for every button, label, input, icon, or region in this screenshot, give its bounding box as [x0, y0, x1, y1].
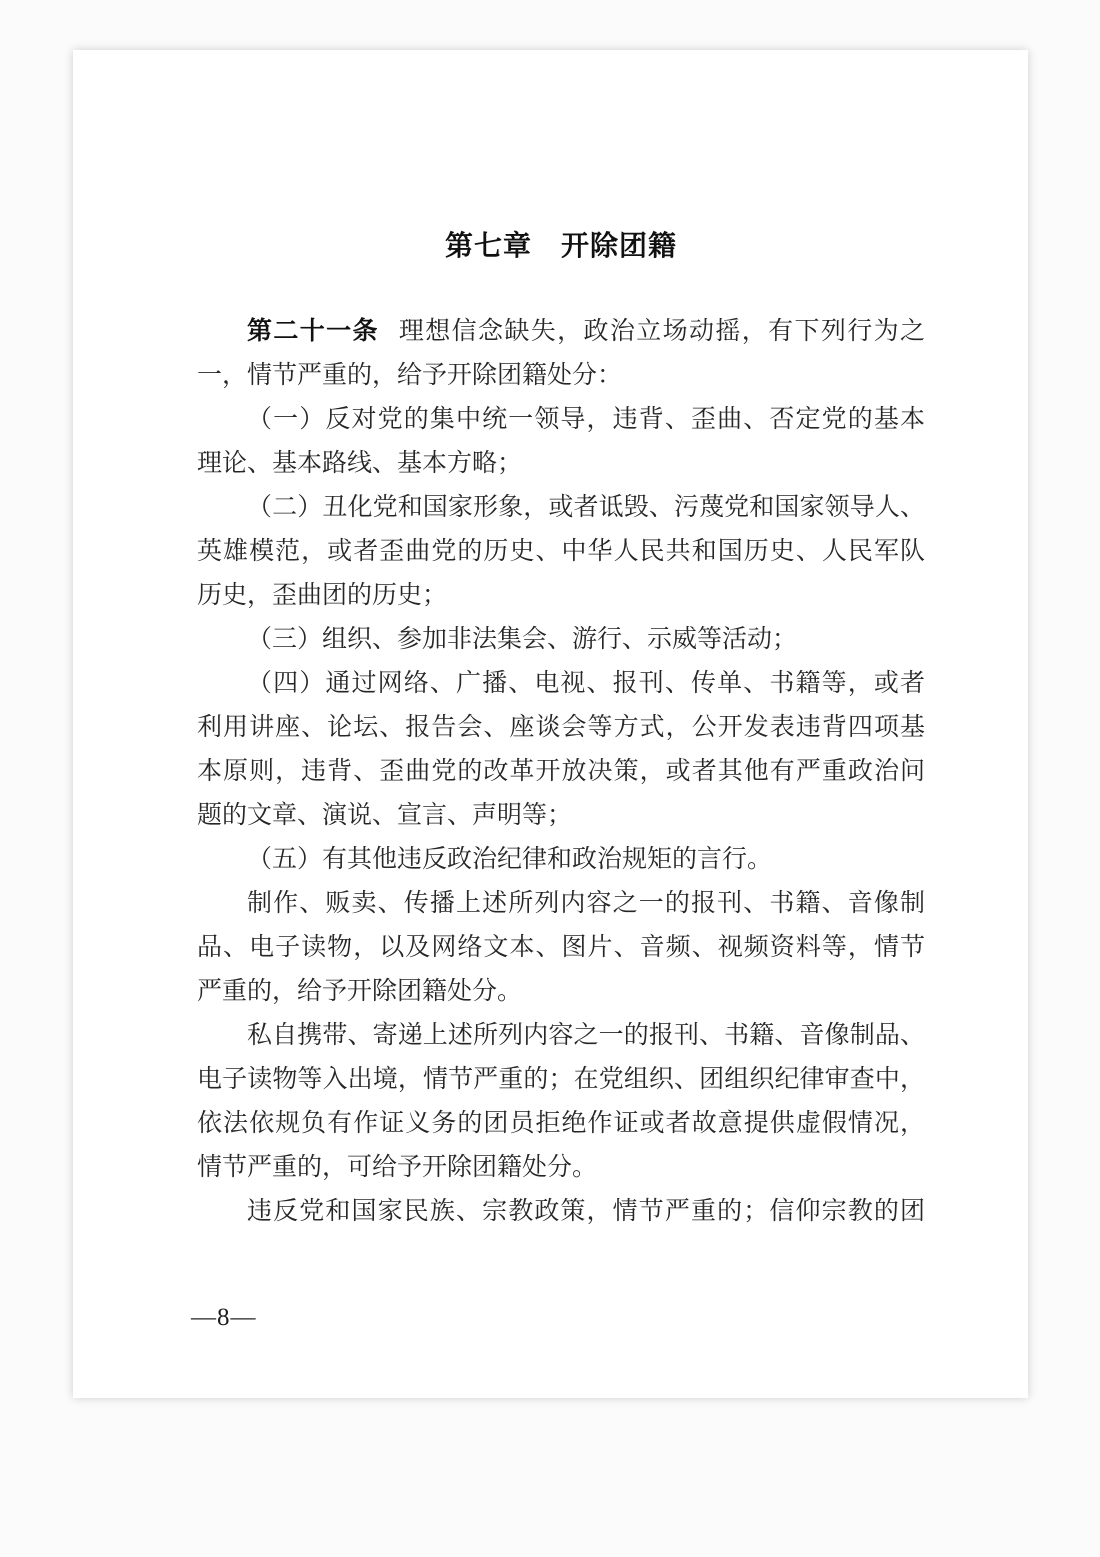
- text-line: （四）通过网络、广播、电视、报刊、传单、书籍等，或者: [197, 662, 925, 706]
- text-line: （三）组织、参加非法集会、游行、示威等活动；: [197, 618, 925, 662]
- line-text: （三）组织、参加非法集会、游行、示威等活动；: [247, 626, 797, 653]
- text-line: 第二十一条理想信念缺失，政治立场动摇，有下列行为之: [197, 310, 925, 354]
- line-text: 品、电子读物，以及网络文本、图片、音频、视频资料等，情节: [197, 934, 925, 961]
- article-text-block: 第二十一条理想信念缺失，政治立场动摇，有下列行为之一，情节严重的，给予开除团籍处…: [197, 310, 925, 1234]
- line-text: 题的文章、演说、宣言、声明等；: [197, 802, 572, 829]
- text-line: 制作、贩卖、传播上述所列内容之一的报刊、书籍、音像制: [197, 882, 925, 926]
- text-line: 情节严重的，可给予开除团籍处分。: [197, 1146, 925, 1190]
- article-number-label: 第二十一条: [247, 318, 379, 345]
- line-text: 历史，歪曲团的历史；: [197, 582, 447, 609]
- line-text: 情节严重的，可给予开除团籍处分。: [197, 1154, 597, 1181]
- line-text: 私自携带、寄递上述所列内容之一的报刊、书籍、音像制品、: [247, 1022, 925, 1049]
- line-text: 违反党和国家民族、宗教政策，情节严重的；信仰宗教的团: [247, 1198, 925, 1225]
- text-line: （二）丑化党和国家形象，或者诋毁、污蔑党和国家领导人、: [197, 486, 925, 530]
- text-line: 违反党和国家民族、宗教政策，情节严重的；信仰宗教的团: [197, 1190, 925, 1234]
- line-text: 英雄模范，或者歪曲党的历史、中华人民共和国历史、人民军队: [197, 538, 925, 565]
- text-line: 题的文章、演说、宣言、声明等；: [197, 794, 925, 838]
- text-line: 电子读物等入出境，情节严重的；在党组织、团组织纪律审查中，: [197, 1058, 925, 1102]
- text-line: （五）有其他违反政治纪律和政治规矩的言行。: [197, 838, 925, 882]
- text-line: 理论、基本路线、基本方略；: [197, 442, 925, 486]
- page-number: —8—: [191, 1304, 257, 1332]
- line-text: 制作、贩卖、传播上述所列内容之一的报刊、书籍、音像制: [247, 890, 925, 917]
- line-text: 电子读物等入出境，情节严重的；在党组织、团组织纪律审查中，: [197, 1066, 925, 1093]
- line-text: 一，情节严重的，给予开除团籍处分：: [197, 362, 622, 389]
- document-page: 第七章 开除团籍 第二十一条理想信念缺失，政治立场动摇，有下列行为之一，情节严重…: [73, 50, 1028, 1398]
- line-text: 理论、基本路线、基本方略；: [197, 450, 522, 477]
- chapter-title: 第七章 开除团籍: [197, 225, 925, 269]
- line-text: 依法依规负有作证义务的团员拒绝作证或者故意提供虚假情况，: [197, 1110, 925, 1137]
- line-text: （一）反对党的集中统一领导，违背、歪曲、否定党的基本: [247, 406, 925, 433]
- text-line: 历史，歪曲团的历史；: [197, 574, 925, 618]
- text-line: （一）反对党的集中统一领导，违背、歪曲、否定党的基本: [197, 398, 925, 442]
- line-text: （四）通过网络、广播、电视、报刊、传单、书籍等，或者: [247, 670, 925, 697]
- text-line: 利用讲座、论坛、报告会、座谈会等方式，公开发表违背四项基: [197, 706, 925, 750]
- page-content: 第七章 开除团籍 第二十一条理想信念缺失，政治立场动摇，有下列行为之一，情节严重…: [197, 50, 925, 1234]
- line-text: （五）有其他违反政治纪律和政治规矩的言行。: [247, 846, 772, 873]
- line-text: （二）丑化党和国家形象，或者诋毁、污蔑党和国家领导人、: [247, 494, 925, 521]
- line-text: 严重的，给予开除团籍处分。: [197, 978, 522, 1005]
- text-line: 英雄模范，或者歪曲党的历史、中华人民共和国历史、人民军队: [197, 530, 925, 574]
- text-line: 严重的，给予开除团籍处分。: [197, 970, 925, 1014]
- line-text: 理想信念缺失，政治立场动摇，有下列行为之: [399, 318, 925, 345]
- line-text: 本原则，违背、歪曲党的改革开放决策，或者其他有严重政治问: [197, 758, 925, 785]
- text-line: 本原则，违背、歪曲党的改革开放决策，或者其他有严重政治问: [197, 750, 925, 794]
- text-line: 一，情节严重的，给予开除团籍处分：: [197, 354, 925, 398]
- text-line: 品、电子读物，以及网络文本、图片、音频、视频资料等，情节: [197, 926, 925, 970]
- line-text: 利用讲座、论坛、报告会、座谈会等方式，公开发表违背四项基: [197, 714, 925, 741]
- text-line: 依法依规负有作证义务的团员拒绝作证或者故意提供虚假情况，: [197, 1102, 925, 1146]
- viewer-background: { "document": { "chapter_title": "第七章 开除…: [0, 0, 1100, 1557]
- text-line: 私自携带、寄递上述所列内容之一的报刊、书籍、音像制品、: [197, 1014, 925, 1058]
